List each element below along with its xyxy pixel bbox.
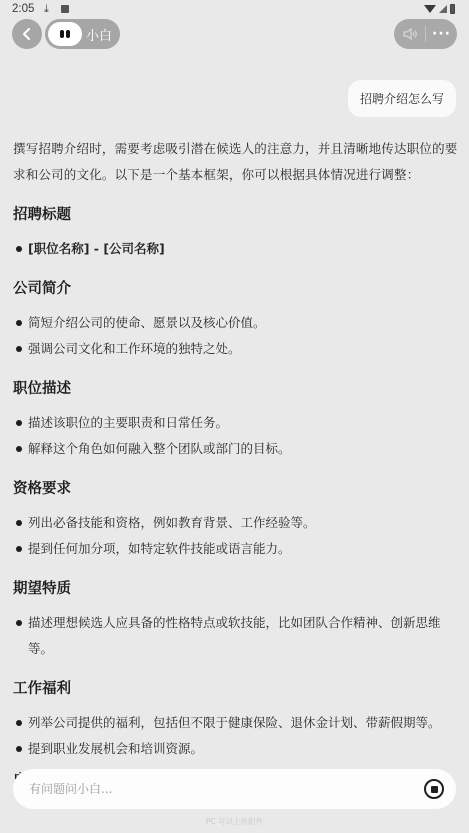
status-bar: 2:05 ⤓ xyxy=(0,0,469,18)
user-message-text: 招聘介绍怎么写 xyxy=(360,90,444,107)
user-message-bubble: 招聘介绍怎么写 xyxy=(348,80,456,117)
chat-input-bar xyxy=(13,769,456,809)
speaker-button[interactable] xyxy=(394,19,425,49)
more-icon: ··· xyxy=(432,26,451,42)
section-title: 工作福利 xyxy=(13,678,458,700)
chat-input[interactable] xyxy=(29,769,409,809)
bot-name: 小白 xyxy=(86,25,112,44)
list-item: 列举公司提供的福利，包括但不限于健康保险、退休金计划、带薪假期等。 xyxy=(13,710,458,736)
status-time: 2:05 xyxy=(12,3,34,15)
bot-profile-chip[interactable]: 小白 xyxy=(45,19,120,49)
download-icon: ⤓ xyxy=(44,2,49,16)
section-title: 职位描述 xyxy=(13,378,458,400)
list-item: 强调公司文化和工作环境的独特之处。 xyxy=(13,336,458,362)
section-title: 招聘标题 xyxy=(13,204,458,226)
bullet-list: 描述理想候选人应具备的性格特点或软技能，比如团队合作精神、创新思维等。 xyxy=(13,610,458,662)
bullet-list: 描述该职位的主要职责和日常任务。 解释这个角色如何融入整个团队或部门的目标。 xyxy=(13,410,458,462)
list-item: 解释这个角色如何融入整个团队或部门的目标。 xyxy=(13,436,458,462)
list-item: 描述理想候选人应具备的性格特点或软技能，比如团队合作精神、创新思维等。 xyxy=(13,610,458,662)
list-item: 简短介绍公司的使命、愿景以及核心价值。 xyxy=(13,310,458,336)
list-item: 提到任何加分项，如特定软件技能或语言能力。 xyxy=(13,536,458,562)
back-button[interactable] xyxy=(12,19,42,49)
footer-note: PC 可以上传附件 xyxy=(0,816,469,827)
chat-screen: 2:05 ⤓ 小白 ··· xyxy=(0,0,469,833)
speaker-icon xyxy=(402,27,418,41)
status-right-icons xyxy=(424,4,455,14)
assistant-answer: 撰写招聘介绍时，需要考虑吸引潜在候选人的注意力，并且清晰地传达职位的要求和公司的… xyxy=(13,136,458,779)
stop-generation-button[interactable] xyxy=(424,779,444,799)
section-title: 公司简介 xyxy=(13,278,458,300)
stop-icon xyxy=(431,786,438,793)
list-item: [职位名称] - [公司名称] xyxy=(13,236,458,262)
bullet-list: [职位名称] - [公司名称] xyxy=(13,236,458,262)
section-title: 资格要求 xyxy=(13,478,458,500)
bullet-list: 简短介绍公司的使命、愿景以及核心价值。 强调公司文化和工作环境的独特之处。 xyxy=(13,310,458,362)
header-actions: ··· xyxy=(394,19,457,49)
wifi-icon xyxy=(424,5,436,13)
bullet-list: 列举公司提供的福利，包括但不限于健康保险、退休金计划、带薪假期等。 提到职业发展… xyxy=(13,710,458,762)
list-item: 描述该职位的主要职责和日常任务。 xyxy=(13,410,458,436)
battery-icon xyxy=(450,4,455,14)
section-title: 期望特质 xyxy=(13,578,458,600)
app-a-icon xyxy=(61,5,69,13)
more-button[interactable]: ··· xyxy=(426,19,457,49)
answer-intro: 撰写招聘介绍时，需要考虑吸引潜在候选人的注意力，并且清晰地传达职位的要求和公司的… xyxy=(13,136,458,188)
bullet-list: 列出必备技能和资格，例如教育背景、工作经验等。 提到任何加分项，如特定软件技能或… xyxy=(13,510,458,562)
bot-avatar xyxy=(48,22,82,46)
signal-icon xyxy=(439,5,447,13)
bot-eye-icon xyxy=(60,30,64,38)
list-item: 提到职业发展机会和培训资源。 xyxy=(13,736,458,762)
bot-eye-icon xyxy=(66,30,70,38)
list-item: 列出必备技能和资格，例如教育背景、工作经验等。 xyxy=(13,510,458,536)
chevron-left-icon xyxy=(21,28,33,40)
